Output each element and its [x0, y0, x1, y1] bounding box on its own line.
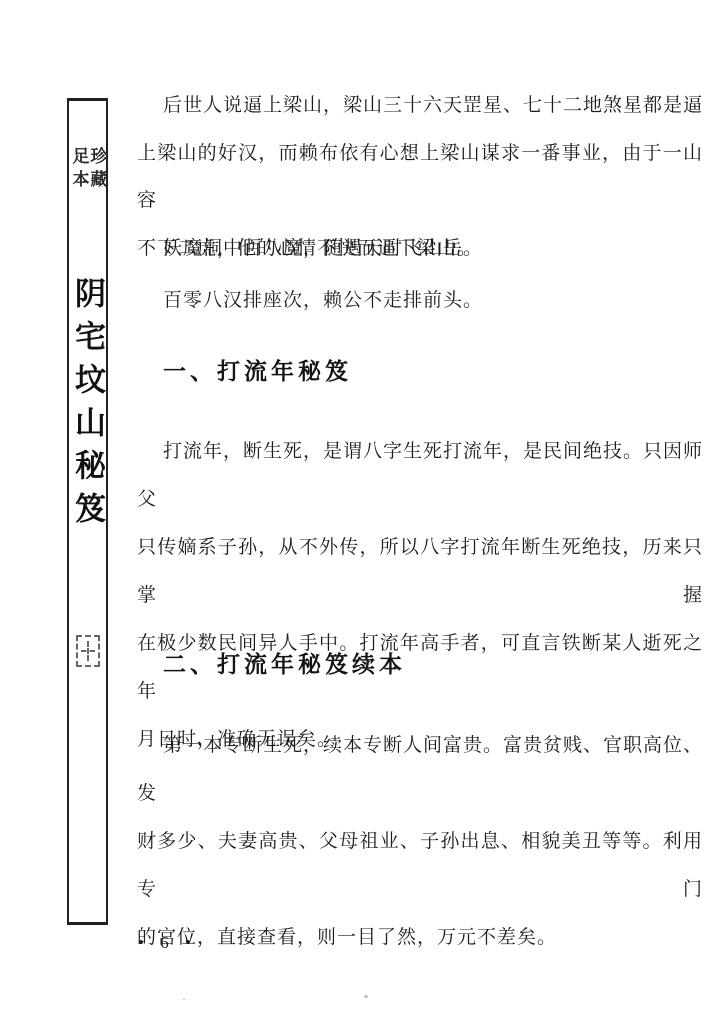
- couplet-verse: 妖魔洞中百八魔，随遇天时飞山岳。 百零八汉排座次，赖公不走排前头。: [137, 223, 703, 327]
- body-line: 财多少、夫妻高贵、父母祖业、子孙出息、相貌美丑等等。利用专门: [137, 818, 703, 914]
- body-line: 后世人说逼上梁山，梁山三十六天罡星、七十二地煞星都是逼: [137, 82, 703, 130]
- section-heading-1: 一、打流年秘笈: [163, 353, 352, 386]
- body-line: 第一本专断生死，续本专断人间富贵。富贵贫贱、官职高位、发: [137, 722, 703, 818]
- scanned-book-page: 珍藏足本 阴宅坟山秘笈 后世人说逼上梁山，梁山三十六天罡星、七十二地煞星都是逼 …: [0, 0, 724, 1024]
- body-line: 的宫位，直接查看，则一目了然，万元不差矣。: [137, 914, 703, 962]
- page-number: • 6 •: [138, 933, 197, 953]
- book-title-vertical: 阴宅坟山秘笈: [65, 277, 110, 535]
- scan-speck: [183, 998, 185, 1000]
- body-line: 上梁山的好汉，而赖布依有心想上梁山谋求一番事业，由于一山容: [137, 130, 703, 225]
- body-line: 打流年，断生死，是谓八字生死打流年，是民间绝技。只因师父: [137, 428, 703, 524]
- section-heading-2: 二、打流年秘笈续本: [163, 646, 406, 679]
- seal-script-mark: 珍藏足本: [70, 147, 106, 205]
- couplet-line: 百零八汉排座次，赖公不走排前头。: [137, 275, 703, 327]
- scan-speck: [364, 995, 368, 998]
- spine-title-box: 珍藏足本 阴宅坟山秘笈: [67, 98, 108, 925]
- seal-stamp-icon: [76, 635, 100, 667]
- body-line: 只传嫡系子孙，从不外传，所以八字打流年断生死绝技，历来只掌握: [137, 524, 703, 620]
- couplet-line: 妖魔洞中百八魔，随遇天时飞山岳。: [137, 223, 703, 275]
- paragraph-daliunian: 打流年，断生死，是谓八字生死打流年，是民间绝技。只因师父 只传嫡系子孙，从不外传…: [137, 428, 703, 764]
- paragraph-xuben: 第一本专断生死，续本专断人间富贵。富贵贫贱、官职高位、发 财多少、夫妻高贵、父母…: [137, 722, 703, 962]
